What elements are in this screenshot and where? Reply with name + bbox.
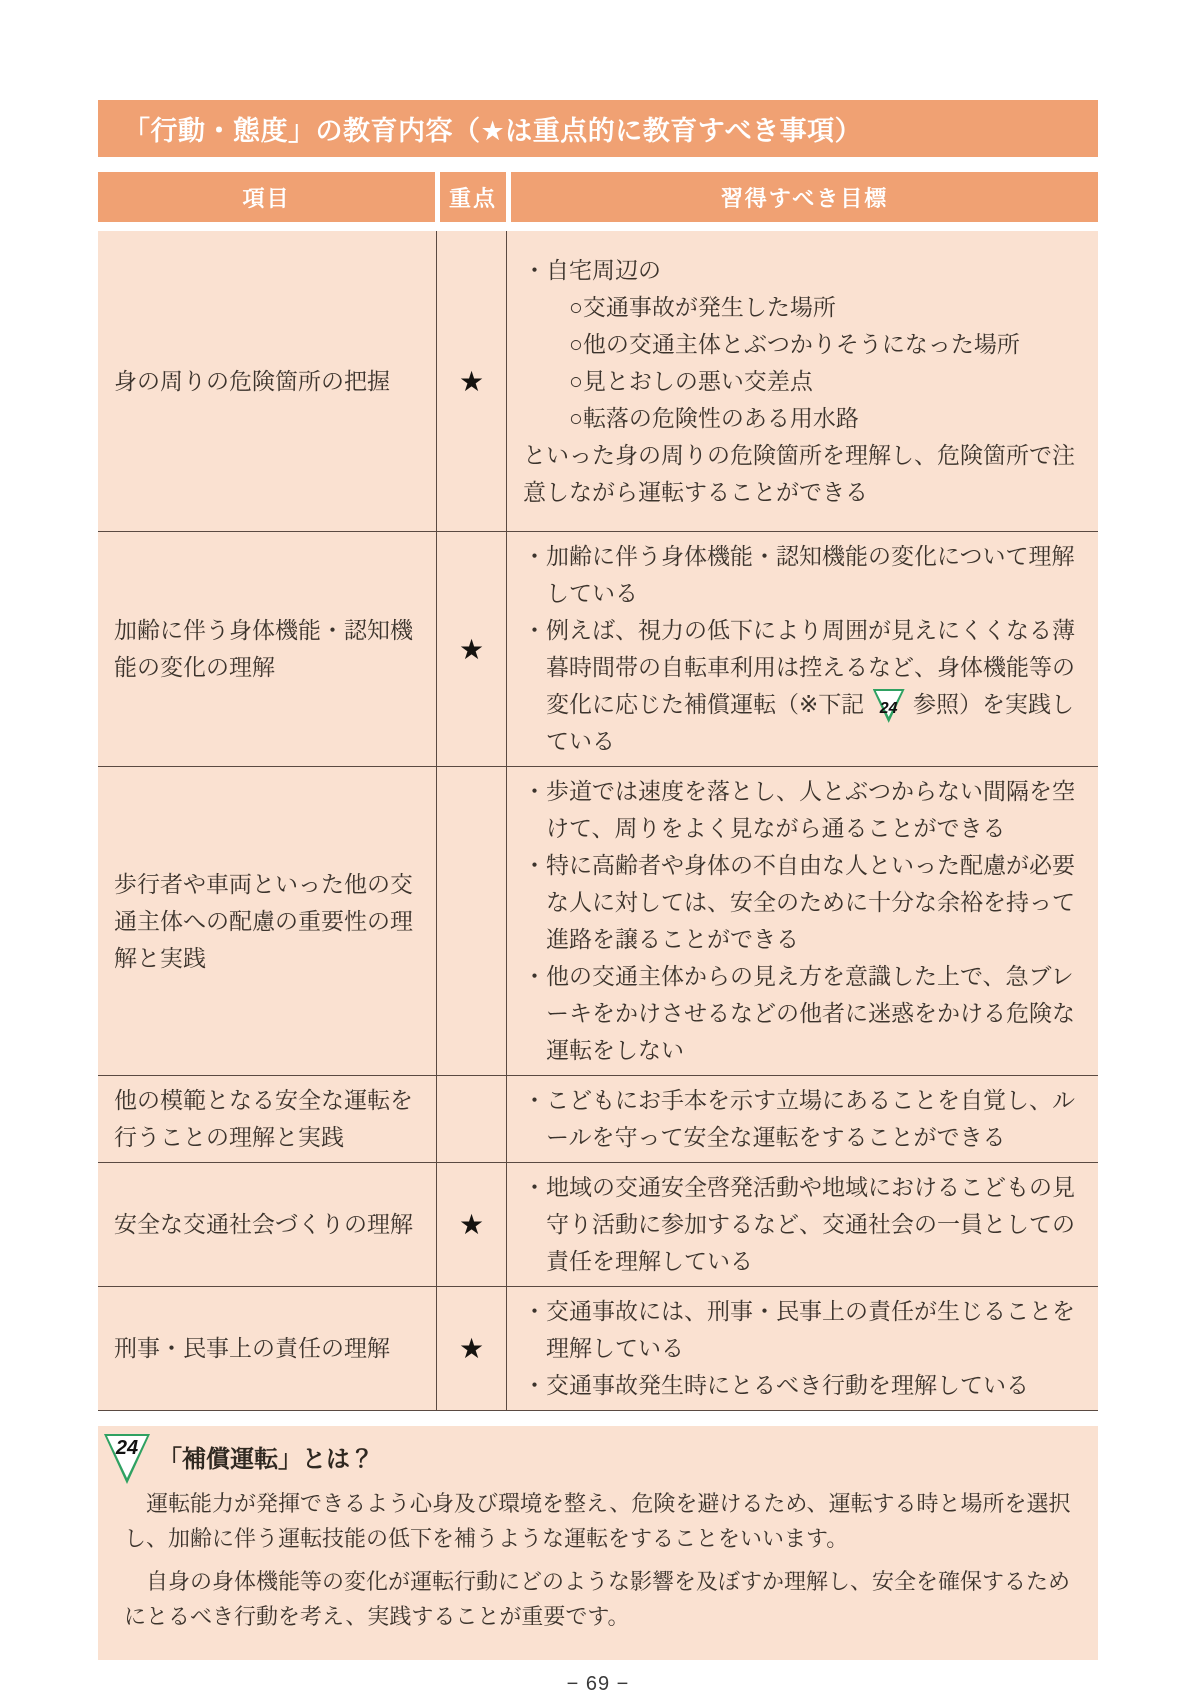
priority-cell — [437, 767, 507, 1075]
note-paragraph: 運転能力が発揮できるよう心身及び環境を整え、危険を避けるため、運転する時と場所を… — [124, 1486, 1072, 1556]
priority-cell: ★ — [437, 1287, 507, 1410]
education-table: 身の周りの危険箇所の把握 ★ ・自宅周辺の ○交通事故が発生した場所 ○他の交通… — [98, 231, 1098, 1411]
column-header-goal: 習得すべき目標 — [511, 172, 1098, 222]
star-icon: ★ — [459, 1208, 484, 1241]
note-title: 「補償運転」とは？ — [158, 1438, 1072, 1482]
star-icon: ★ — [459, 633, 484, 666]
goal-cell: ・交通事故には、刑事・民事上の責任が生じることを理解している ・交通事故発生時に… — [507, 1287, 1098, 1410]
goal-line: ・自宅周辺の — [523, 252, 1082, 289]
table-row: 身の周りの危険箇所の把握 ★ ・自宅周辺の ○交通事故が発生した場所 ○他の交通… — [98, 231, 1098, 532]
item-label: 安全な交通社会づくりの理解 — [114, 1206, 413, 1243]
goal-line: ・加齢に伴う身体機能・認知機能の変化について理解している — [523, 538, 1082, 612]
goal-line: ・特に高齢者や身体の不自由な人といった配慮が必要な人に対しては、安全のために十分… — [523, 847, 1082, 958]
note-number: 24 — [104, 1437, 150, 1460]
item-cell: 加齢に伴う身体機能・認知機能の変化の理解 — [98, 532, 437, 766]
column-header-priority: 重点 — [440, 172, 506, 222]
goal-line: といった身の周りの危険箇所を理解し、危険箇所で注意しながら運転することができる — [523, 437, 1082, 511]
item-cell: 身の周りの危険箇所の把握 — [98, 231, 437, 531]
item-label: 加齢に伴う身体機能・認知機能の変化の理解 — [114, 612, 420, 686]
table-row: 安全な交通社会づくりの理解 ★ ・地域の交通安全啓発活動や地域におけるこどもの見… — [98, 1163, 1098, 1287]
item-label: 身の周りの危険箇所の把握 — [114, 363, 390, 400]
item-cell: 他の模範となる安全な運転を行うことの理解と実践 — [98, 1076, 437, 1162]
goal-line: ・地域の交通安全啓発活動や地域におけるこどもの見守り活動に参加するなど、交通社会… — [523, 1169, 1082, 1280]
page-number: − 69 − — [98, 1673, 1098, 1696]
priority-cell — [437, 1076, 507, 1162]
item-label: 歩行者や車両といった他の交通主体への配慮の重要性の理解と実践 — [114, 866, 420, 977]
goal-cell: ・加齢に伴う身体機能・認知機能の変化について理解している ・例えば、視力の低下に… — [507, 532, 1098, 766]
star-icon: ★ — [459, 365, 484, 398]
item-cell: 安全な交通社会づくりの理解 — [98, 1163, 437, 1286]
goal-cell: ・こどもにお手本を示す立場にあることを自覚し、ルールを守って安全な運転をすること… — [507, 1076, 1098, 1162]
goal-line: ○他の交通主体とぶつかりそうになった場所 — [523, 326, 1082, 363]
goal-cell: ・地域の交通安全啓発活動や地域におけるこどもの見守り活動に参加するなど、交通社会… — [507, 1163, 1098, 1286]
goal-cell: ・自宅周辺の ○交通事故が発生した場所 ○他の交通主体とぶつかりそうになった場所… — [507, 231, 1098, 531]
goal-line: ・こどもにお手本を示す立場にあることを自覚し、ルールを守って安全な運転をすること… — [523, 1082, 1082, 1156]
table-row: 他の模範となる安全な運転を行うことの理解と実践 ・こどもにお手本を示す立場にある… — [98, 1076, 1098, 1163]
column-header-item: 項目 — [98, 172, 435, 222]
table-row: 歩行者や車両といった他の交通主体への配慮の重要性の理解と実践 ・歩道では速度を落… — [98, 767, 1098, 1076]
goal-line: ・交通事故発生時にとるべき行動を理解している — [523, 1367, 1082, 1404]
table-header: 項目 重点 習得すべき目標 — [98, 172, 1098, 222]
goal-line: ○見とおしの悪い交差点 — [523, 363, 1082, 400]
item-label: 他の模範となる安全な運転を行うことの理解と実践 — [114, 1082, 420, 1156]
goal-line: ・交通事故には、刑事・民事上の責任が生じることを理解している — [523, 1293, 1082, 1367]
goal-line: ・他の交通主体からの見え方を意識した上で、急ブレーキをかけさせるなどの他者に迷惑… — [523, 958, 1082, 1069]
section-title: 「行動・態度」の教育内容（★は重点的に教育すべき事項） — [123, 109, 862, 148]
note-box: 24 「補償運転」とは？ 運転能力が発揮できるよう心身及び環境を整え、危険を避け… — [98, 1426, 1098, 1660]
priority-cell: ★ — [437, 1163, 507, 1286]
goal-line: ○交通事故が発生した場所 — [523, 289, 1082, 326]
star-icon: ★ — [459, 1332, 484, 1365]
section-title-banner: 「行動・態度」の教育内容（★は重点的に教育すべき事項） — [98, 100, 1098, 157]
priority-cell: ★ — [437, 231, 507, 531]
note-triangle-icon: 24 — [104, 1434, 150, 1484]
page-content: 「行動・態度」の教育内容（★は重点的に教育すべき事項） 項目 重点 習得すべき目… — [98, 100, 1098, 1696]
goal-line: ○転落の危険性のある用水路 — [523, 400, 1082, 437]
item-label: 刑事・民事上の責任の理解 — [114, 1330, 390, 1367]
priority-cell: ★ — [437, 532, 507, 766]
table-row: 加齢に伴う身体機能・認知機能の変化の理解 ★ ・加齢に伴う身体機能・認知機能の変… — [98, 532, 1098, 767]
note-ref-number: 24 — [873, 690, 905, 727]
table-row: 刑事・民事上の責任の理解 ★ ・交通事故には、刑事・民事上の責任が生じることを理… — [98, 1287, 1098, 1411]
note-ref-triangle-icon: 24 — [873, 689, 905, 723]
item-cell: 刑事・民事上の責任の理解 — [98, 1287, 437, 1410]
item-cell: 歩行者や車両といった他の交通主体への配慮の重要性の理解と実践 — [98, 767, 437, 1075]
goal-line: ・歩道では速度を落とし、人とぶつからない間隔を空けて、周りをよく見ながら通ること… — [523, 773, 1082, 847]
note-paragraph: 自身の身体機能等の変化が運転行動にどのような影響を及ぼすか理解し、安全を確保する… — [124, 1564, 1072, 1634]
goal-line: ・例えば、視力の低下により周囲が見えにくくなる薄暮時間帯の自転車利用は控えるなど… — [523, 612, 1082, 760]
goal-cell: ・歩道では速度を落とし、人とぶつからない間隔を空けて、周りをよく見ながら通ること… — [507, 767, 1098, 1075]
